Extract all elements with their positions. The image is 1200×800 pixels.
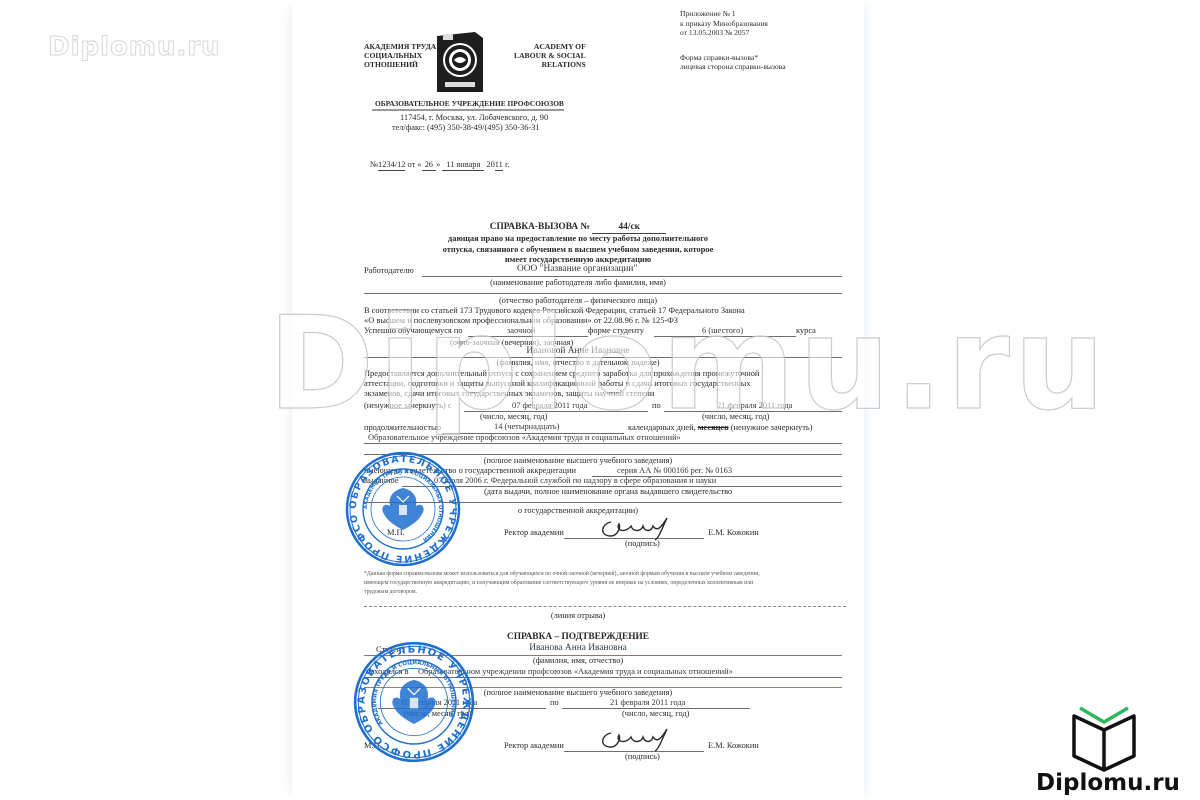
document-number: 44/ск xyxy=(592,222,666,234)
rector-label: Ректор академии xyxy=(504,528,564,538)
reference-day: 26 xyxy=(422,160,436,171)
org-phone: тел/факс: (495) 350-38-49/(495) 350-36-3… xyxy=(392,123,540,133)
org-address: 117454, г. Москва, ул. Лобачевского, д. … xyxy=(400,113,548,123)
org-name-ru: АКАДЕМИЯ ТРУДА И СОЦИАЛЬНЫХ ОТНОШЕНИЙ xyxy=(364,42,444,69)
employer-value: ООО "Название организации" xyxy=(517,264,637,275)
header-divider xyxy=(372,109,564,111)
org-name-en: ACADEMY OF LABOUR & SOCIAL RELATIONS xyxy=(514,42,586,69)
rector-name: Е.М. Кожокин xyxy=(708,528,759,538)
confirmation-to-hint: (число, месяц, год) xyxy=(622,709,689,719)
tear-line-label: (линия отрыва) xyxy=(292,611,864,621)
brand-name: Diplomu.ru xyxy=(1036,770,1180,796)
tear-line xyxy=(364,606,846,607)
document-title: СПРАВКА-ВЫЗОВА № 44/ск xyxy=(292,222,864,234)
reference-number: 1234/12 xyxy=(378,160,405,171)
confirmation-rector-label: Ректор академии xyxy=(504,741,564,751)
employer-underline xyxy=(422,276,842,277)
confirmation-rector-signature-icon xyxy=(597,725,677,753)
confirmation-signature-hint: (подпись) xyxy=(625,752,660,762)
watermark-small: Diplomu.ru xyxy=(48,32,221,62)
academy-crest-icon xyxy=(435,30,485,94)
reference-year: 11 xyxy=(495,160,503,171)
issued-value: 07 июля 2006 г. Федеральной службой по н… xyxy=(434,476,716,486)
employer-hint: (наименование работодателя либо фамилия,… xyxy=(292,278,864,288)
signature-hint: (подпись) xyxy=(625,539,660,549)
confirmation-stamp-icon: ОБРАЗОВАТЕЛЬНОЕ УЧРЕЖДЕНИЕ ПРОФСОЮЗОВ АК… xyxy=(352,640,476,764)
employer-label: Работодателю xyxy=(364,266,414,276)
confirmation-rector-name: Е.М. Кожокин xyxy=(708,741,759,751)
appendix-note: Приложение № 1 к приказу Минобразования … xyxy=(680,9,786,72)
footnote: *Данная форма справки-вызова может испол… xyxy=(364,570,760,597)
document-subtitle: дающая право на предоставление по месту … xyxy=(292,234,864,266)
confirmation-to-date: 21 февраля 2011 года xyxy=(610,698,685,708)
reference-month: 11 января xyxy=(442,160,484,171)
reference-line: №1234/12 от «26» 11 января 2011 г. xyxy=(370,160,510,171)
org-type: ОБРАЗОВАТЕЛЬНОЕ УЧРЕЖДЕНИЕ ПРОФСОЮЗОВ xyxy=(375,99,564,108)
accreditation-value: серия АА № 000166 рег. № 0163 xyxy=(617,466,732,476)
rector-signature-icon xyxy=(597,514,677,542)
official-stamp-icon: ОБРАЗОВАТЕЛЬНОЕ УЧРЕЖДЕНИЕ ПРОФСОЮЗОВ АК… xyxy=(344,450,462,568)
institution-underline xyxy=(364,443,842,444)
open-book-icon xyxy=(1064,700,1144,772)
watermark-large: Diplomu.ru xyxy=(268,300,1109,430)
confirmation-to-label: по xyxy=(550,698,559,708)
issued-hint: (дата выдачи, полное наименование органа… xyxy=(484,487,732,497)
